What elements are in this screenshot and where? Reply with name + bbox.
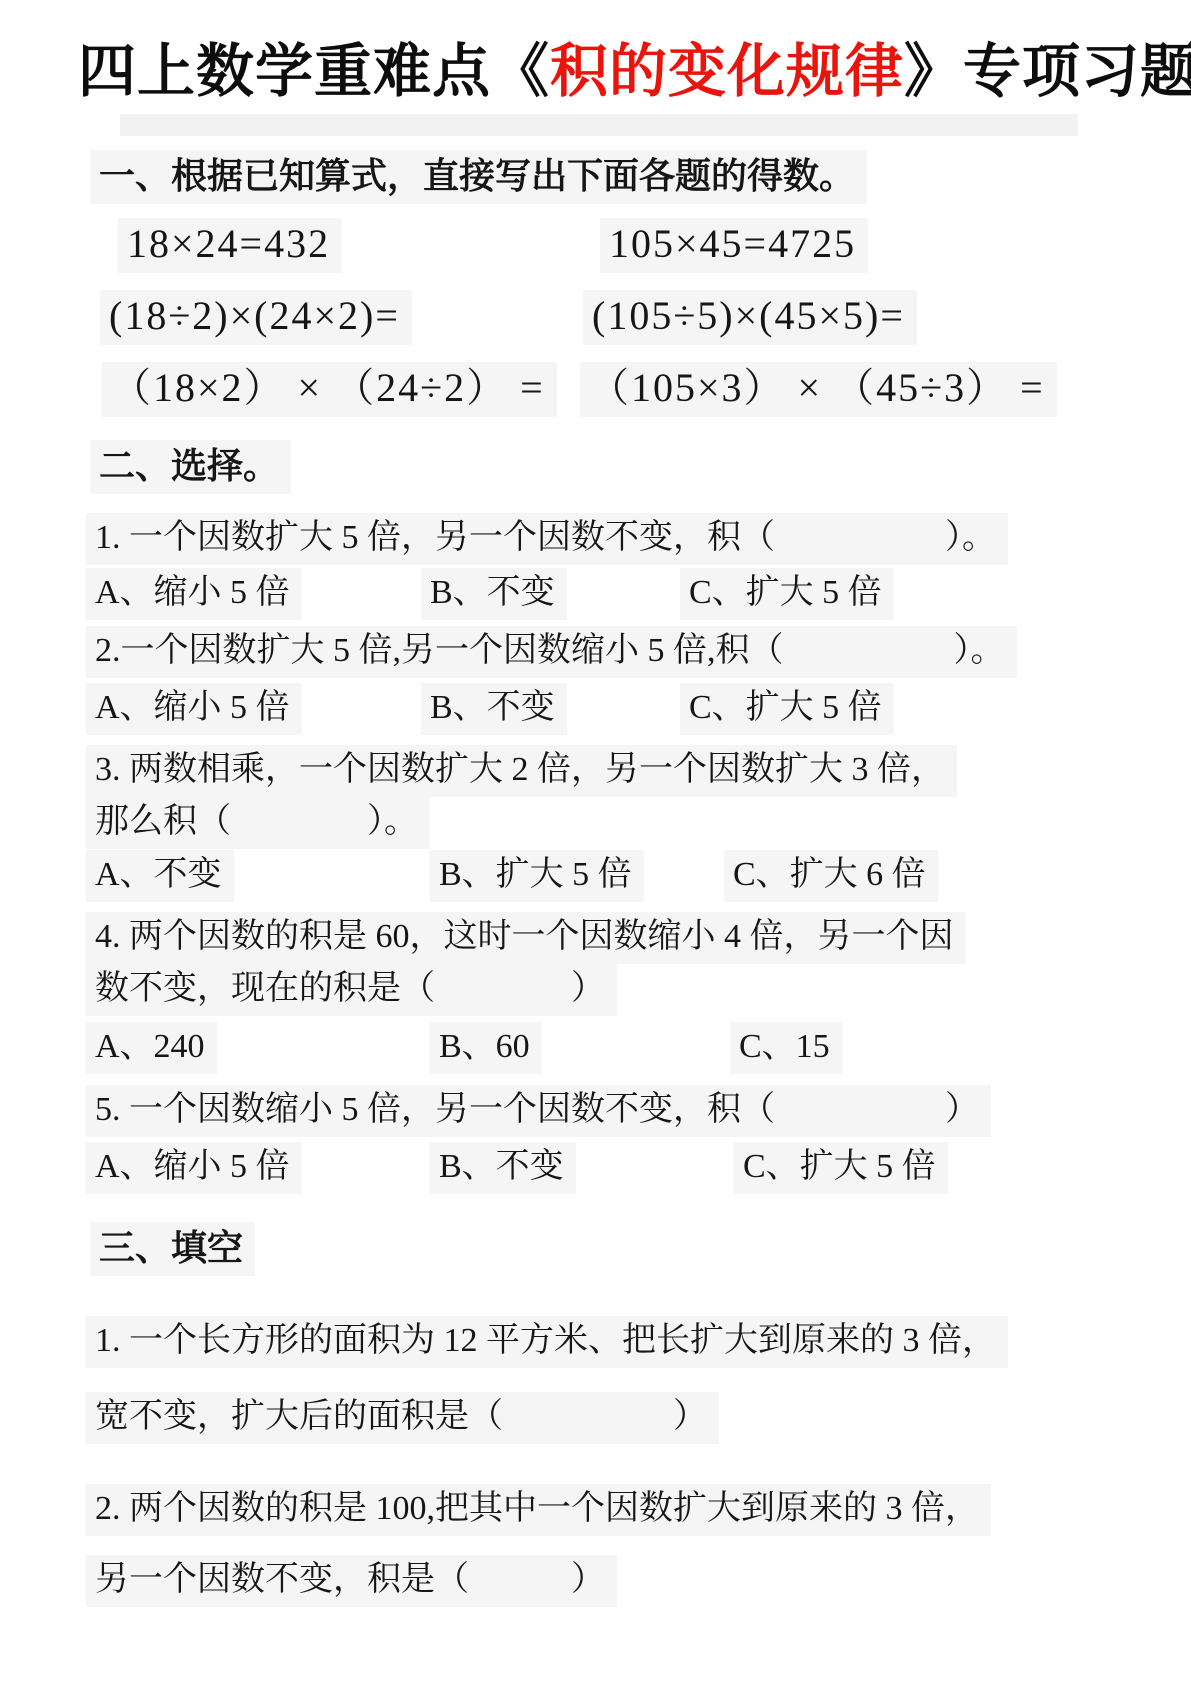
question-5-line: 5. 一个因数缩小 5 倍，另一个因数不变，积（ ） — [86, 1085, 991, 1137]
given-equation-3-right: （105×3） × （45÷3） = — [580, 362, 1057, 417]
question-4-line-1: 4. 两个因数的积是 60，这时一个因数缩小 4 倍，另一个因 — [86, 912, 966, 964]
question-2-option-c: C、扩大 5 倍 — [680, 683, 894, 735]
title-suffix: 》专项习题 — [904, 39, 1191, 104]
section-three-heading: 三、填空 — [90, 1222, 255, 1276]
title-shadow-band — [120, 114, 1078, 136]
question-3-option-b: B、扩大 5 倍 — [430, 850, 644, 902]
fill-question-2-line-2: 另一个因数不变，积是（ ） — [86, 1555, 617, 1607]
question-1-line: 1. 一个因数扩大 5 倍，另一个因数不变，积（ ）。 — [86, 513, 1008, 565]
question-3-line-2: 那么积（ ）。 — [86, 797, 430, 849]
worksheet-page: 四上数学重难点《积的变化规律》专项习题 一、根据已知算式，直接写出下面各题的得数… — [0, 0, 1191, 1684]
given-equation-1-right: 105×45=4725 — [600, 218, 868, 273]
question-4-option-a: A、240 — [86, 1022, 217, 1074]
question-4-option-b: B、60 — [430, 1022, 542, 1074]
fill-question-1-line-1: 1. 一个长方形的面积为 12 平方米、把长扩大到原来的 3 倍， — [86, 1316, 1008, 1368]
question-4-line-2: 数不变，现在的积是（ ） — [86, 964, 617, 1016]
question-5-option-a: A、缩小 5 倍 — [86, 1142, 302, 1194]
question-1-option-c: C、扩大 5 倍 — [680, 568, 894, 620]
question-5-option-c: C、扩大 5 倍 — [734, 1142, 948, 1194]
question-5-option-b: B、不变 — [430, 1142, 576, 1194]
given-equation-1-left: 18×24=432 — [118, 218, 342, 273]
question-2-line: 2.一个因数扩大 5 倍,另一个因数缩小 5 倍,积（ ）。 — [86, 626, 1017, 678]
question-1-option-b: B、不变 — [421, 568, 567, 620]
given-equation-3-left: （18×2） × （24÷2） = — [102, 362, 557, 417]
question-1-option-a: A、缩小 5 倍 — [86, 568, 302, 620]
section-two-heading: 二、选择。 — [90, 440, 291, 494]
question-3-option-a: A、不变 — [86, 850, 234, 902]
fill-question-1-line-2: 宽不变，扩大后的面积是（ ） — [86, 1392, 719, 1444]
page-title: 四上数学重难点《积的变化规律》专项习题 — [78, 42, 1191, 103]
question-2-option-b: B、不变 — [421, 683, 567, 735]
question-2-option-a: A、缩小 5 倍 — [86, 683, 302, 735]
title-prefix: 四上数学重难点《 — [78, 39, 550, 104]
fill-question-2-line-1: 2. 两个因数的积是 100,把其中一个因数扩大到原来的 3 倍， — [86, 1484, 991, 1536]
given-equation-2-left: (18÷2)×(24×2)= — [100, 290, 412, 345]
title-emphasis: 积的变化规律 — [550, 39, 904, 104]
section-one-heading: 一、根据已知算式，直接写出下面各题的得数。 — [90, 150, 867, 204]
question-3-line-1: 3. 两数相乘，一个因数扩大 2 倍，另一个因数扩大 3 倍， — [86, 745, 957, 797]
given-equation-2-right: (105÷5)×(45×5)= — [583, 290, 917, 345]
question-3-option-c: C、扩大 6 倍 — [724, 850, 938, 902]
question-4-option-c: C、15 — [730, 1022, 842, 1074]
